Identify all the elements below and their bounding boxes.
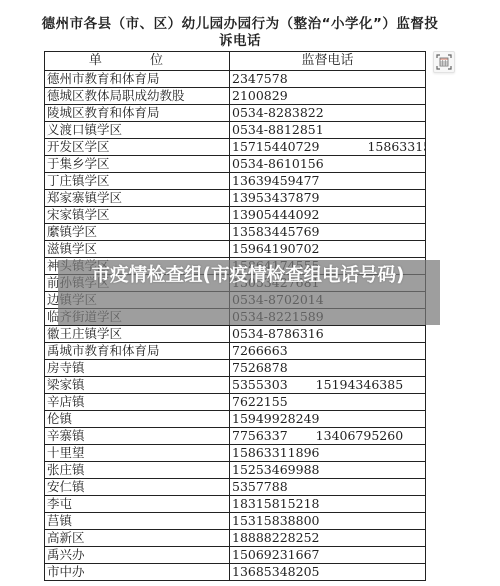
unit-cell: 房寺镇: [45, 360, 230, 377]
document-title: 德州市各县（市、区）幼儿园办园行为（整治“小学化”）监督投诉电话: [40, 16, 440, 50]
unit-cell: 市中办: [45, 564, 230, 581]
phone-number: 13905444092: [232, 207, 319, 222]
unit-cell: 十里望: [45, 445, 230, 462]
unit-cell: 辛寨镇: [45, 428, 230, 445]
table-row: 德城区教体局职成幼教股2100829: [45, 88, 426, 105]
unit-cell: 伦镇: [45, 411, 230, 428]
phone-cell: 5357788: [230, 479, 426, 496]
phone-cell: 15949928249: [230, 411, 426, 428]
table-row: 房寺镇7526878: [45, 360, 426, 377]
unit-cell: 滋镇学区: [45, 241, 230, 258]
table-row: 安仁镇5357788: [45, 479, 426, 496]
phone-cell: 0534-8283822: [230, 105, 426, 122]
table-row: 市中办13685348205: [45, 564, 426, 581]
phone-cell: 18315815218: [230, 496, 426, 513]
phone-number: 2100829: [232, 88, 288, 103]
phone-cell: 15863311896: [230, 445, 426, 462]
phone-number: 13639459477: [232, 173, 319, 188]
phone-cell: 15253469988: [230, 462, 426, 479]
unit-cell: 梁家镇: [45, 377, 230, 394]
unit-cell: 高新区: [45, 530, 230, 547]
unit-cell: 开发区学区: [45, 139, 230, 156]
phone-number-secondary: 15863315870: [367, 139, 425, 155]
unit-cell: 宋家镇学区: [45, 207, 230, 224]
phone-number-secondary: 13406795260: [316, 428, 403, 444]
table-row: 辛寨镇775633713406795260: [45, 428, 426, 445]
phone-cell: 0534-8610156: [230, 156, 426, 173]
table-row: 莒镇15315838800: [45, 513, 426, 530]
caption-text: 市疫情检查组(市疫情检查组电话号码): [68, 264, 428, 288]
unit-cell: 辛店镇: [45, 394, 230, 411]
header-unit: 单 位: [45, 52, 230, 71]
table-row: 德州市教育和体育局2347578: [45, 71, 426, 88]
phone-number: 5357788: [232, 479, 288, 494]
unit-cell: 安仁镇: [45, 479, 230, 496]
phone-cell: 13685348205: [230, 564, 426, 581]
table-row: 郑家寨镇学区13953437879: [45, 190, 426, 207]
phone-number: 2347578: [232, 71, 288, 86]
phone-cell: 535530315194346385: [230, 377, 426, 394]
phone-cell: 13639459477: [230, 173, 426, 190]
phone-cell: 7526878: [230, 360, 426, 377]
unit-cell: 德州市教育和体育局: [45, 71, 230, 88]
phone-cell: 13905444092: [230, 207, 426, 224]
phone-cell: 0534-8786316: [230, 326, 426, 343]
table-row: 宋家镇学区13905444092: [45, 207, 426, 224]
unit-cell: 徽王庄镇学区: [45, 326, 230, 343]
phone-number: 13583445769: [232, 224, 319, 239]
phone-number: 18888228252: [232, 530, 319, 545]
phone-number: 15715440729: [232, 139, 319, 154]
phone-cell: 15069231667: [230, 547, 426, 564]
phone-number: 15253469988: [232, 462, 319, 477]
table-row: 伦镇15949928249: [45, 411, 426, 428]
unit-cell: 义渡口镇学区: [45, 122, 230, 139]
table-row: 高新区18888228252: [45, 530, 426, 547]
header-phone: 监督电话: [230, 52, 426, 71]
table-expand-icon: [436, 54, 452, 70]
phone-number: 15069231667: [232, 547, 319, 562]
phone-number: 7266663: [232, 343, 288, 358]
table-row: 禹兴办15069231667: [45, 547, 426, 564]
phone-cell: 2100829: [230, 88, 426, 105]
table-row: 禹城市教育和体育局7266663: [45, 343, 426, 360]
phone-cell: 13583445769: [230, 224, 426, 241]
phone-cell: 1571544072915863315870: [230, 139, 426, 156]
phone-number: 5355303: [232, 377, 288, 392]
phone-number: 18315815218: [232, 496, 319, 511]
phone-number: 0534-8812851: [232, 122, 324, 137]
table-row: 滋镇学区15964190702: [45, 241, 426, 258]
phone-number: 15964190702: [232, 241, 319, 256]
phone-number: 15863311896: [232, 445, 319, 460]
table-row: 梁家镇535530315194346385: [45, 377, 426, 394]
phone-cell: 775633713406795260: [230, 428, 426, 445]
phone-number: 13685348205: [232, 564, 319, 579]
unit-cell: 禹城市教育和体育局: [45, 343, 230, 360]
phone-cell: 0534-8812851: [230, 122, 426, 139]
unit-cell: 禹兴办: [45, 547, 230, 564]
unit-cell: 丁庄镇学区: [45, 173, 230, 190]
phone-number: 7622155: [232, 394, 288, 409]
phone-number: 7756337: [232, 428, 288, 443]
phone-cell: 7266663: [230, 343, 426, 360]
phone-number: 0534-8610156: [232, 156, 324, 171]
table-row: 义渡口镇学区0534-8812851: [45, 122, 426, 139]
unit-cell: 张庄镇: [45, 462, 230, 479]
phone-cell: 13953437879: [230, 190, 426, 207]
table-row: 縻镇学区13583445769: [45, 224, 426, 241]
table-row: 陵城区教育和体育局0534-8283822: [45, 105, 426, 122]
table-row: 徽王庄镇学区0534-8786316: [45, 326, 426, 343]
phone-cell: 2347578: [230, 71, 426, 88]
table-row: 丁庄镇学区13639459477: [45, 173, 426, 190]
unit-cell: 陵城区教育和体育局: [45, 105, 230, 122]
table-row: 于集乡学区0534-8610156: [45, 156, 426, 173]
phone-cell: 18888228252: [230, 530, 426, 547]
phone-number: 15315838800: [232, 513, 319, 528]
phone-number: 7526878: [232, 360, 288, 375]
unit-cell: 郑家寨镇学区: [45, 190, 230, 207]
table-row: 辛店镇7622155: [45, 394, 426, 411]
unit-cell: 于集乡学区: [45, 156, 230, 173]
table-header-row: 单 位 监督电话: [45, 52, 426, 71]
phone-number: 15949928249: [232, 411, 319, 426]
phone-cell: 15964190702: [230, 241, 426, 258]
table-row: 开发区学区1571544072915863315870: [45, 139, 426, 156]
unit-cell: 德城区教体局职成幼教股: [45, 88, 230, 105]
table-row: 十里望15863311896: [45, 445, 426, 462]
phone-cell: 7622155: [230, 394, 426, 411]
table-row: 张庄镇15253469988: [45, 462, 426, 479]
phone-cell: 15315838800: [230, 513, 426, 530]
table-row: 李屯18315815218: [45, 496, 426, 513]
phone-number: 0534-8786316: [232, 326, 324, 341]
phone-number: 13953437879: [232, 190, 319, 205]
phone-number-secondary: 15194346385: [316, 377, 403, 393]
unit-cell: 縻镇学区: [45, 224, 230, 241]
table-expand-button[interactable]: [433, 51, 455, 73]
phone-number: 0534-8283822: [232, 105, 324, 120]
unit-cell: 李屯: [45, 496, 230, 513]
unit-cell: 莒镇: [45, 513, 230, 530]
